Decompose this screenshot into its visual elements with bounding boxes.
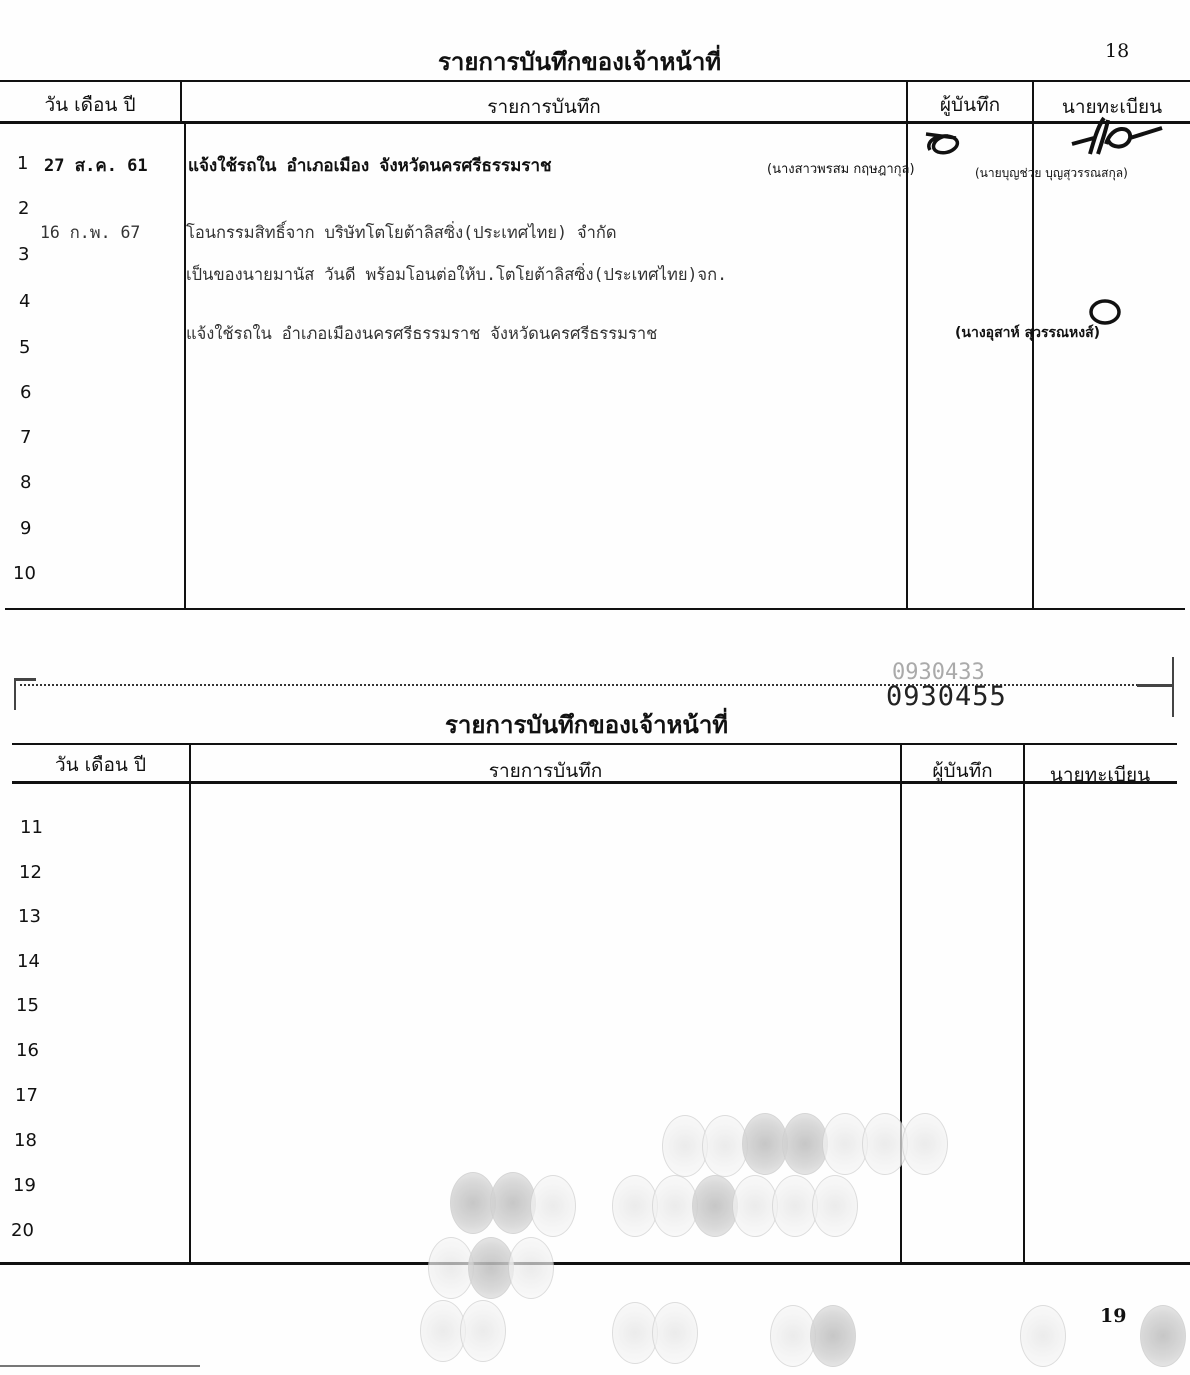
page-number: 19 xyxy=(1100,1305,1126,1327)
page-edge xyxy=(0,1365,200,1367)
row-number: 20 xyxy=(11,1220,41,1241)
col-divider xyxy=(184,124,186,609)
table-bottom-border xyxy=(0,1262,1190,1265)
registrar-name: (นายบุญช่วย บุญสุวรรณสกุล) xyxy=(975,164,1128,183)
header-date: วัน เดือน ปี xyxy=(12,750,189,780)
header-date: วัน เดือน ปี xyxy=(0,90,180,120)
row-number: 6 xyxy=(20,382,50,403)
signature-scribble-icon xyxy=(920,128,970,164)
row-number: 3 xyxy=(18,244,48,265)
row-number: 4 xyxy=(19,291,49,312)
recorder-name: (นางสาวพรสม กฤษฎากุล) xyxy=(767,158,915,179)
header-registrar: นายทะเบียน xyxy=(1025,760,1175,790)
row-number: 14 xyxy=(17,951,47,972)
row-number: 16 xyxy=(16,1040,46,1061)
row-number: 2 xyxy=(18,198,48,219)
perforation-mark xyxy=(1137,684,1173,687)
row-number: 12 xyxy=(19,862,49,883)
row-number: 5 xyxy=(19,337,49,358)
table-top-border xyxy=(0,80,1190,82)
signature-scribble-icon xyxy=(1068,114,1168,162)
row-number: 17 xyxy=(15,1085,45,1106)
row-number: 1 xyxy=(17,153,47,174)
header-recorder: ผู้บันทึก xyxy=(908,90,1032,120)
page-title: รายการบันทึกของเจ้าหน้าที่ xyxy=(438,42,721,81)
col-divider xyxy=(900,743,902,1263)
row-number: 11 xyxy=(20,817,50,838)
perforation-mark xyxy=(14,678,36,681)
entry-date: 16 ก.พ. 67 xyxy=(40,220,140,246)
entry-line: โอนกรรมสิทธิ์จาก บริษัทโตโยต้าลิสซิ่ง(ปร… xyxy=(186,220,617,246)
row-number: 7 xyxy=(20,427,50,448)
serial-number: 0930455 xyxy=(886,681,1007,712)
row-number: 10 xyxy=(13,563,43,584)
row-number: 19 xyxy=(13,1175,43,1196)
row-number: 13 xyxy=(18,906,48,927)
row-number: 8 xyxy=(20,472,50,493)
registrar-name: (นางอุสาห์ สุวรรณหงส์) xyxy=(955,322,1100,344)
perforation-mark xyxy=(1172,657,1174,717)
entry-text: แจ้งใช้รถใน อำเภอเมือง จังหวัดนครศรีธรรม… xyxy=(188,152,552,179)
col-divider xyxy=(1032,80,1034,610)
col-divider xyxy=(1023,743,1025,1263)
header-entry: รายการบันทึก xyxy=(182,92,906,122)
row-number: 9 xyxy=(20,518,50,539)
page-title: รายการบันทึกของเจ้าหน้าที่ xyxy=(445,705,728,744)
row-number: 18 xyxy=(14,1130,44,1151)
entry-line: เป็นของนายมานัส วันดี พร้อมโอนต่อให้บ.โต… xyxy=(186,262,727,288)
signature-scribble-icon xyxy=(1085,298,1125,330)
header-recorder: ผู้บันทึก xyxy=(902,756,1023,786)
header-entry: รายการบันทึก xyxy=(191,756,900,786)
col-divider xyxy=(189,743,191,1263)
table-bottom-border xyxy=(5,608,1185,610)
entry-line: แจ้งใช้รถใน อำเภอเมืองนครศรีธรรมราช จังห… xyxy=(186,321,657,347)
page-number: 18 xyxy=(1105,40,1129,62)
perforation-mark xyxy=(14,680,16,710)
entry-date: 27 ส.ค. 61 xyxy=(44,152,148,179)
row-number: 15 xyxy=(16,995,46,1016)
table-top-border xyxy=(12,743,1177,745)
